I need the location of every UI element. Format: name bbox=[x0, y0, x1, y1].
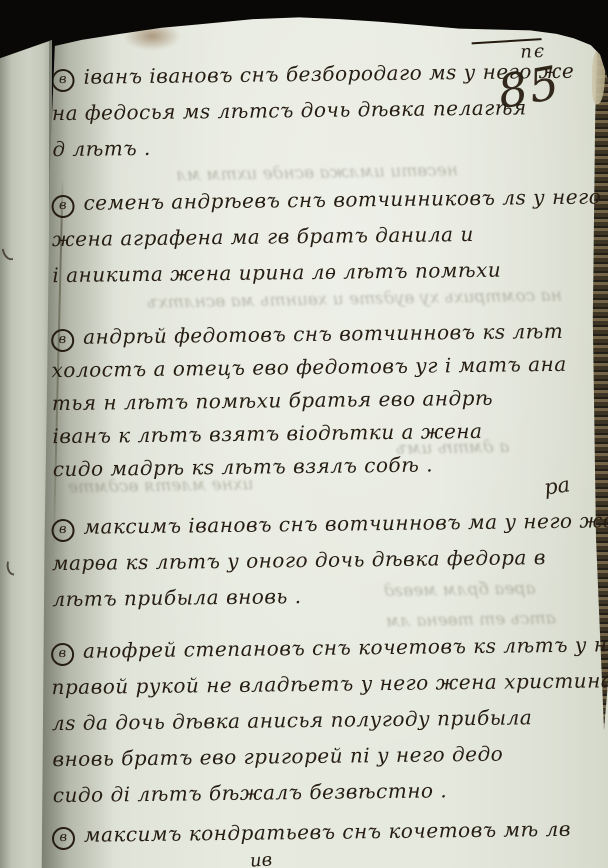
ink-speck bbox=[2, 247, 14, 262]
text-line: ванофрей степановъ снъ кочетовъ кѕ лѣтъ … bbox=[51, 633, 563, 675]
ink-speck bbox=[5, 561, 16, 575]
manuscript-page: пє 85 ра несвти имлжа вснде ихтм мл на с… bbox=[36, 0, 608, 868]
entry-marker: в bbox=[51, 643, 74, 666]
text-line: сидо ді лѣтъ бѣжалъ безвѣстно . bbox=[53, 777, 565, 819]
entry-paragraph: вмаксимъ кондратьевъ снъ кочетовъ мѣ лв bbox=[52, 817, 564, 859]
text-line: сидо мадрѣ кѕ лѣтъ взялъ собѣ . bbox=[53, 451, 565, 490]
text-line: лѕ да дочь дѣвка анисья полугоду прибыла bbox=[52, 705, 564, 747]
text-line: віванъ івановъ снъ безбородаго мѕ у него… bbox=[51, 59, 563, 101]
entry-marker: в bbox=[52, 827, 75, 850]
entry-paragraph: вандрѣй федотовъ снъ вотчинновъ кѕ лѣт х… bbox=[51, 319, 565, 490]
paper-stain bbox=[424, 6, 458, 22]
book-fore-edge bbox=[592, 46, 608, 730]
partial-next-line: ив bbox=[249, 849, 272, 868]
text-line: жена аграфена ма гв братъ данила и bbox=[52, 221, 564, 263]
entry-marker: в bbox=[51, 69, 74, 92]
text-line: і аникита жена ирина лѳ лѣтъ помѣхи bbox=[52, 257, 564, 299]
handwritten-text: анофрей степановъ снъ кочетовъ кѕ лѣтъ у… bbox=[83, 632, 608, 663]
entry-marker: в bbox=[51, 519, 74, 542]
entry-paragraph: ванофрей степановъ снъ кочетовъ кѕ лѣтъ … bbox=[51, 633, 565, 819]
text-line: вмаксимъ івановъ снъ вотчинновъ ма у нег… bbox=[51, 509, 563, 551]
text-line: д лѣтъ . bbox=[52, 131, 564, 173]
handwritten-text: максимъ кондратьевъ снъ кочетовъ мѣ лв bbox=[84, 817, 571, 847]
text-line: вмаксимъ кондратьевъ снъ кочетовъ мѣ лв bbox=[52, 817, 564, 859]
manuscript-photo: пє 85 ра несвти имлжа вснде ихтм мл на с… bbox=[0, 0, 608, 868]
text-line: лѣтъ прибыла вновь . bbox=[52, 581, 564, 623]
handwritten-text: андрѣй федотовъ снъ вотчинновъ кѕ лѣт bbox=[83, 319, 563, 349]
entry-paragraph: віванъ івановъ снъ безбородаго мѕ у него… bbox=[51, 59, 564, 173]
entry-paragraph: вмаксимъ івановъ снъ вотчинновъ ма у нег… bbox=[51, 509, 564, 623]
text-line: правой рукой не владѣетъ у него жена хри… bbox=[51, 669, 563, 711]
handwritten-text: іванъ івановъ снъ безбородаго мѕ у него … bbox=[83, 59, 574, 89]
entry-paragraph: всеменъ андрѣевъ снъ вотчинниковъ лѕ у н… bbox=[51, 185, 564, 299]
paper-stain bbox=[124, 22, 180, 50]
entry-marker: в bbox=[51, 329, 74, 352]
handwritten-text: максимъ івановъ снъ вотчинновъ ма у него… bbox=[83, 508, 608, 539]
text-line: на федосья мѕ лѣтсъ дочь дѣвка пелагѣя bbox=[52, 95, 564, 137]
entry-marker: в bbox=[51, 195, 74, 218]
text-line: вновь братъ ево григорей пі у него дедо bbox=[52, 741, 564, 783]
text-line: всеменъ андрѣевъ снъ вотчинниковъ лѕ у н… bbox=[51, 185, 563, 227]
text-line: марѳа кѕ лѣтъ у оного дочь дѣвка федора … bbox=[52, 545, 564, 587]
handwritten-text: семенъ андрѣевъ снъ вотчинниковъ лѕ у не… bbox=[83, 184, 601, 214]
